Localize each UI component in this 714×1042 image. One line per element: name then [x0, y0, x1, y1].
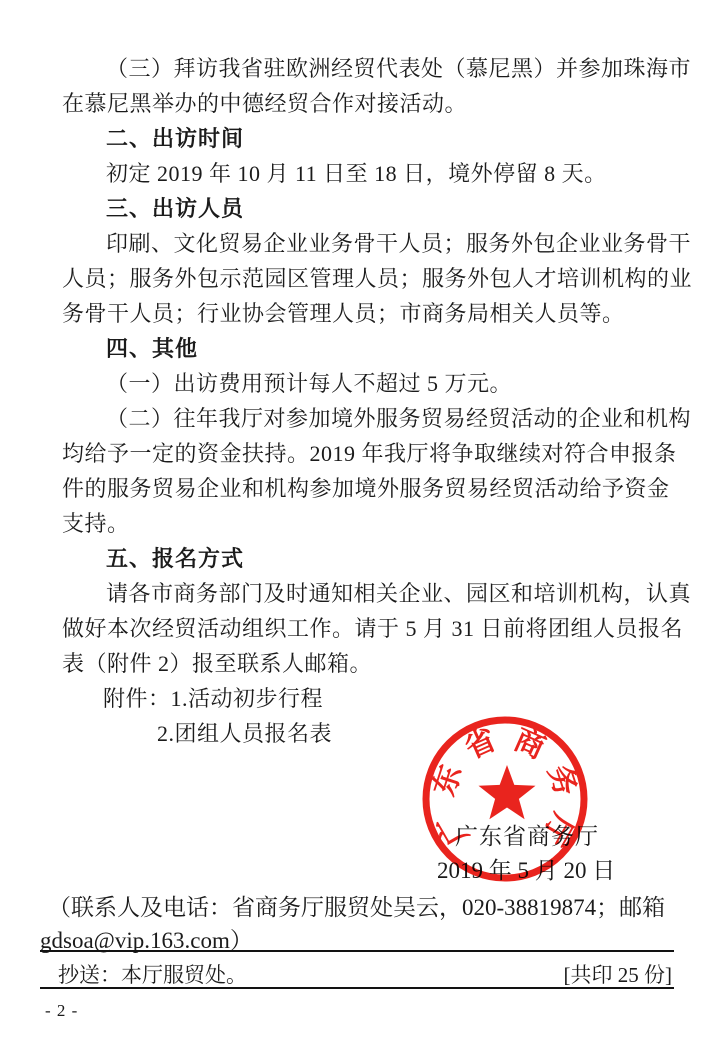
body-line: 初定 2019 年 10 月 11 日至 18 日，境外停留 8 天。: [62, 156, 650, 191]
section-heading-5: 五、报名方式: [62, 541, 650, 576]
document-page: （三）拜访我省驻欧洲经贸代表处（慕尼黑）并参加珠海市 在慕尼黑举办的中德经贸合作…: [0, 0, 714, 1042]
cc-line: 抄送：本厅服贸处。: [58, 959, 247, 989]
separator-line: [40, 987, 674, 989]
body-line: 表（附件 2）报至联系人邮箱。: [62, 646, 650, 681]
seal-star-icon: [479, 765, 536, 819]
body-line: （一）出访费用预计每人不超过 5 万元。: [62, 366, 650, 401]
page-number: - 2 -: [45, 1001, 78, 1021]
section-heading-4: 四、其他: [62, 331, 650, 366]
separator-line: [40, 950, 674, 952]
body-line: 印刷、文化贸易企业业务骨干人员；服务外包企业业务骨干: [62, 226, 650, 261]
body-line: （二）往年我厅对参加境外服务贸易经贸活动的企业和机构: [62, 401, 650, 436]
official-seal-stamp: 广 东 省 商 务 厅: [410, 703, 605, 898]
body-line: 均给予一定的资金扶持。2019 年我厅将争取继续对符合申报条: [62, 436, 650, 471]
body-line: 人员；服务外包示范园区管理人员；服务外包人才培训机构的业: [62, 261, 650, 296]
body-line: 在慕尼黑举办的中德经贸合作对接活动。: [62, 86, 650, 121]
body-line: 务骨干人员；行业协会管理人员；市商务局相关人员等。: [62, 296, 650, 331]
body-line: 请各市商务部门及时通知相关企业、园区和培训机构，认真: [62, 576, 650, 611]
body-line: （三）拜访我省驻欧洲经贸代表处（慕尼黑）并参加珠海市: [62, 51, 650, 86]
document-body: （三）拜访我省驻欧洲经贸代表处（慕尼黑）并参加珠海市 在慕尼黑举办的中德经贸合作…: [62, 51, 650, 751]
body-line: 支持。: [62, 506, 650, 541]
body-line: 做好本次经贸活动组织工作。请于 5 月 31 日前将团组人员报名: [62, 611, 650, 646]
body-line: 件的服务贸易企业和机构参加境外服务贸易经贸活动给予资金: [62, 471, 650, 506]
section-heading-3: 三、出访人员: [62, 191, 650, 226]
section-heading-2: 二、出访时间: [62, 121, 650, 156]
copies-count: [共印 25 份]: [564, 959, 673, 989]
